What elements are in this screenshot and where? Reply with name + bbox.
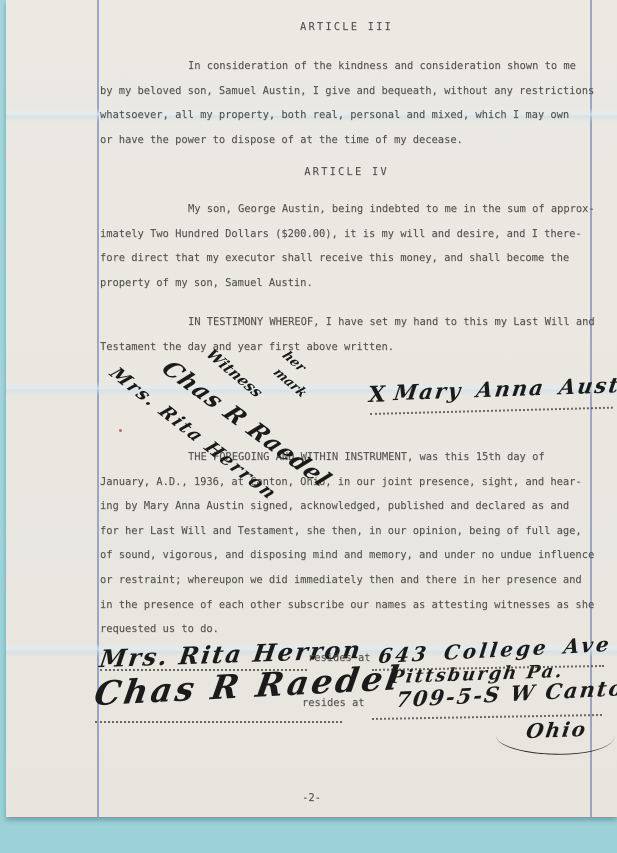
typed-line: property of my son, Samuel Austin. — [100, 271, 600, 296]
typed-line: fore direct that my executor shall recei… — [100, 246, 600, 271]
typed-line: My son, George Austin, being indebted to… — [100, 197, 600, 222]
page-number: -2- — [6, 786, 617, 811]
attestation-paragraph: THE FOREGOING AND WITHIN INSTRUMENT, was… — [100, 445, 600, 642]
typed-line: for her Last Will and Testament, she the… — [100, 519, 600, 544]
paper-speck — [119, 429, 122, 432]
typed-line: THE FOREGOING AND WITHIN INSTRUMENT, was… — [100, 445, 600, 470]
typed-line: or restraint; whereupon we did immediate… — [100, 568, 600, 593]
testator-x-mark: X — [368, 381, 386, 408]
typed-line: in the presence of each other subscribe … — [100, 593, 600, 618]
typed-line: or have the power to dispose of at the t… — [100, 128, 600, 153]
residence-line-raedel-name — [95, 721, 342, 723]
article-iv-paragraph: My son, George Austin, being indebted to… — [100, 197, 600, 295]
typed-line: ing by Mary Anna Austin signed, acknowle… — [100, 494, 600, 519]
typed-line: imately Two Hundred Dollars ($200.00), i… — [100, 222, 600, 247]
resides-at-label-2: resides at — [302, 697, 365, 709]
article-iii-heading: ARTICLE III — [100, 15, 593, 40]
typed-line: January, A.D., 1936, at Canton, Ohio, in… — [100, 470, 600, 495]
typed-line: whatsoever, all my property, both real, … — [100, 103, 600, 128]
typed-line: of sound, vigorous, and disposing mind a… — [100, 543, 600, 568]
article-iv-heading: ARTICLE IV — [100, 160, 593, 185]
typed-line: In consideration of the kindness and con… — [100, 54, 600, 79]
typed-line: IN TESTIMONY WHEREOF, I have set my hand… — [100, 310, 600, 335]
typed-line: by my beloved son, Samuel Austin, I give… — [100, 79, 600, 104]
scanned-will-page: ARTICLE III In consideration of the kind… — [0, 0, 617, 853]
testimony-paragraph: IN TESTIMONY WHEREOF, I have set my hand… — [100, 310, 600, 359]
article-iii-paragraph: In consideration of the kindness and con… — [100, 54, 600, 152]
